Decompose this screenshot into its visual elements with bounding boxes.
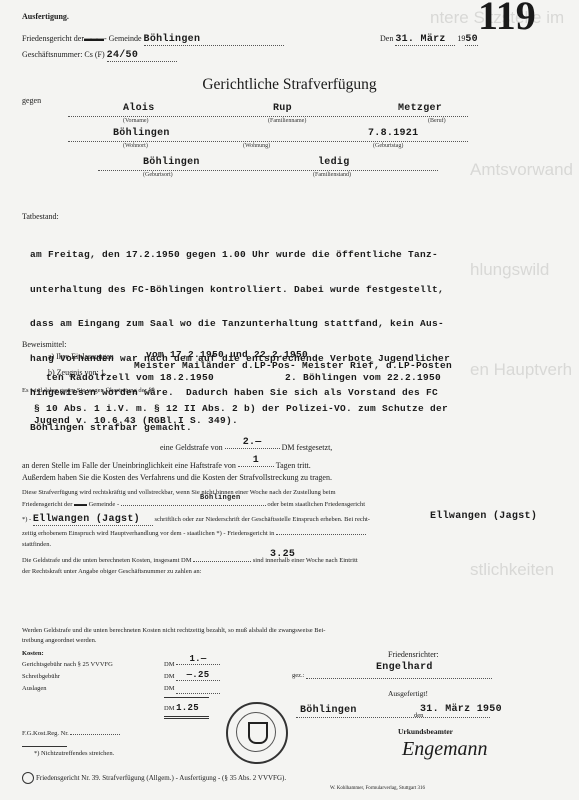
- legal-line-2-prefix: Friedensgericht der: [22, 501, 72, 508]
- facts-label: Tatbestand:: [22, 212, 59, 221]
- evidence-a-value: vom 17.2.1950 und 22.2.1950: [146, 349, 308, 360]
- divider: [22, 746, 67, 747]
- divider: [68, 116, 468, 117]
- costs-row: Gerichtsgebühr nach § 25 VVVFG DM 1.—: [22, 661, 212, 668]
- facts-line: unterhaltung des FC-Böhlingen kontrollie…: [30, 284, 450, 296]
- costs-label: Kosten:: [22, 650, 44, 657]
- legal-line-2-redacted: ▬▬: [74, 501, 87, 508]
- form-logo-icon: [22, 772, 34, 784]
- costs-row-label: Gerichtsgebühr nach § 25 VVVFG: [22, 661, 113, 668]
- residence-place-caption: (Wohnort): [123, 143, 148, 149]
- legal-line-5: stattfinden.: [22, 541, 51, 548]
- marital-status: ledig: [318, 157, 350, 168]
- divider: [164, 697, 209, 698]
- clerk-signature: Engemann: [402, 738, 488, 761]
- evidence-label: Beweismittel:: [22, 340, 66, 349]
- divider: [164, 716, 209, 719]
- legal-line-3-fill: Ellwangen (Jagst): [33, 514, 153, 526]
- costs-total-value: 1.25: [176, 703, 199, 713]
- judge-label: Friedensrichter:: [388, 650, 439, 659]
- footnote: *) Nichtzutreffendes streichen.: [34, 750, 114, 757]
- date-line: Den 31. März 1950: [380, 34, 478, 46]
- divider: [68, 141, 468, 142]
- first-name-caption: (Vorname): [123, 118, 149, 124]
- detention-suffix: Tagen tritt.: [276, 461, 311, 470]
- enforcement-line-2: treibung angeordnet werden.: [22, 637, 97, 644]
- year-value: 50: [465, 34, 478, 46]
- detention-prefix: an deren Stelle im Falle der Uneinbringl…: [22, 461, 236, 470]
- violation-intro: Es wird daher gegen Sie wegen Übertretun…: [22, 387, 155, 394]
- costs-row-currency: DM: [164, 661, 174, 668]
- bleed-text: stlichkeiten: [470, 560, 554, 580]
- detention-days: 1: [238, 455, 274, 467]
- court-label: Friedensgericht der: [22, 34, 84, 43]
- legal-line-3-suffix: schriftlich oder zur Niederschrift der G…: [154, 516, 370, 523]
- occupation: Metzger: [398, 103, 442, 114]
- costs-row-currency: DM: [164, 685, 174, 692]
- case-value: 24/50: [107, 50, 177, 62]
- facts-line: dass am Eingang zum Saal wo die Tanzunte…: [30, 318, 450, 330]
- occupation-caption: (Beruf): [428, 118, 446, 124]
- case-label: Geschäftsnummer: Cs (F): [22, 50, 105, 59]
- judge-name: Engelhard: [376, 662, 433, 673]
- birth-place-caption: (Geburtsort): [143, 172, 173, 178]
- coat-of-arms-icon: [248, 722, 268, 744]
- register-label: F.G.Kost.Reg. Nr.: [22, 730, 69, 737]
- fine-suffix: DM festgesetzt,: [282, 443, 333, 452]
- costs-total: DM 1.25: [164, 703, 214, 713]
- judge-name-line: [306, 678, 492, 679]
- legal-line-4-text: zeitig erhobenem Einspruch wird Hauptver…: [22, 530, 274, 537]
- legal-line-2-blank: [121, 505, 266, 506]
- bleed-text: en Hauptverh: [470, 360, 572, 380]
- municipality-label: - Gemeinde: [104, 34, 142, 43]
- legal-line-1: Diese Strafverfügung wird rechtskräftig …: [22, 489, 336, 496]
- court-line: Friedensgericht der▬▬▬ - Gemeinde Böhlin…: [22, 34, 284, 46]
- costs-row: Auslagen DM: [22, 685, 212, 692]
- page-number: 119: [478, 0, 536, 39]
- copy-label: Ausfertigung.: [22, 12, 69, 21]
- issued-label: Ausgefertigt!: [388, 689, 428, 698]
- violation-line-2: Jugend v. 10.6.43 (RGBl.I S. 349).: [34, 415, 238, 426]
- witness-line: Meister Mailänder d.LP-Pos- Meister Rief…: [134, 360, 452, 371]
- fine-line: eine Geldstrafe von 2.— DM festgesetzt,: [160, 443, 332, 455]
- legal-line-2-mid: Gemeinde -: [89, 501, 120, 508]
- total-line-2: der Rechtskraft unter Angabe obiger Gesc…: [22, 568, 201, 575]
- page-title: Gerichtliche Strafverfügung: [0, 76, 579, 94]
- total-blank: [193, 561, 251, 562]
- costs-row-value: 1.—: [176, 654, 220, 665]
- costs-row-label: Schreibgebühr: [22, 673, 60, 680]
- evidence-b-value-1: ten Radolfzell vom 18.2.1950: [46, 372, 214, 383]
- issued-line: [296, 717, 490, 718]
- municipality-value: Böhlingen: [144, 34, 284, 46]
- issued-date: 31. März 1950: [420, 704, 502, 715]
- costs-row-value: [176, 685, 220, 694]
- family-name: Rup: [273, 103, 292, 114]
- against-label: gegen: [22, 96, 41, 105]
- birth-place: Böhlingen: [143, 157, 200, 168]
- state-court-fill: Ellwangen (Jagst): [430, 511, 537, 522]
- birth-date-caption: (Geburtstag): [373, 143, 403, 149]
- costs-row-currency: DM: [164, 673, 174, 680]
- costs-row-label: Auslagen: [22, 685, 47, 692]
- legal-line-2-suffix: oder beim staatlichen Friedensgericht: [267, 501, 365, 508]
- legal-line-4-blank: [276, 534, 366, 535]
- costs-line: Außerdem haben Sie die Kosten des Verfah…: [22, 473, 332, 482]
- legal-line-3: *) - Ellwangen (Jagst) schriftlich oder …: [22, 514, 370, 526]
- issued-place: Böhlingen: [300, 705, 357, 716]
- total-line: Die Geldstrafe und die unten berechneten…: [22, 557, 358, 564]
- register-blank: [70, 734, 120, 735]
- apartment-caption: (Wohnung): [243, 143, 270, 149]
- date-label: Den: [380, 34, 393, 43]
- costs-row: Schreibgebühr DM —.25: [22, 673, 212, 680]
- first-name: Alois: [123, 103, 155, 114]
- family-name-caption: (Familienname): [268, 118, 306, 124]
- clerk-label: Urkundsbeamter: [398, 727, 453, 736]
- total-prefix: Die Geldstrafe und die unten berechneten…: [22, 557, 192, 564]
- official-seal: [226, 702, 288, 764]
- marital-status-caption: (Familienstand): [313, 172, 351, 178]
- form-footer: Friedensgericht Nr. 39. Strafverfügung (…: [36, 774, 286, 782]
- evidence-b-value-2: 2. Böhlingen vom 22.2.1950: [285, 372, 441, 383]
- register-line: F.G.Kost.Reg. Nr.: [22, 730, 120, 737]
- date-value: 31. März: [395, 34, 455, 46]
- fine-amount: 2.—: [225, 437, 280, 449]
- residence-place: Böhlingen: [113, 128, 170, 139]
- detention-line: an deren Stelle im Falle der Uneinbringl…: [22, 461, 311, 473]
- divider: [98, 170, 438, 171]
- bleed-text: hlungswild: [470, 260, 549, 280]
- evidence-a-label: a) Ihre Einlassungen: [48, 352, 114, 361]
- printer-credit: W. Kohlhammer, Formularverlag, Stuttgart…: [330, 786, 425, 791]
- legal-line-2: Friedensgericht der ▬▬ Gemeinde - oder b…: [22, 501, 365, 508]
- enforcement-line-1: Werden Geldstrafe und die unten berechne…: [22, 627, 325, 634]
- fine-prefix: eine Geldstrafe von: [160, 443, 223, 452]
- violation-line-1: § 10 Abs. 1 i.V. m. § 12 II Abs. 2 b) de…: [34, 403, 448, 414]
- signed-prefix: gez.:: [292, 672, 304, 679]
- legal-line-3-prefix: *) -: [22, 516, 31, 523]
- costs-row-value: —.25: [176, 670, 220, 681]
- court-redacted: ▬▬▬: [84, 34, 102, 43]
- bleed-text: Amtsvorwand: [470, 160, 573, 180]
- birth-date: 7.8.1921: [368, 128, 418, 139]
- legal-line-4: zeitig erhobenem Einspruch wird Hauptver…: [22, 530, 366, 537]
- total-suffix: sind innerhalb einer Woche nach Eintritt: [253, 557, 358, 564]
- costs-total-currency: DM: [164, 705, 174, 712]
- facts-line: am Freitag, den 17.2.1950 gegen 1.00 Uhr…: [30, 249, 450, 261]
- case-line: Geschäftsnummer: Cs (F) 24/50: [22, 50, 177, 62]
